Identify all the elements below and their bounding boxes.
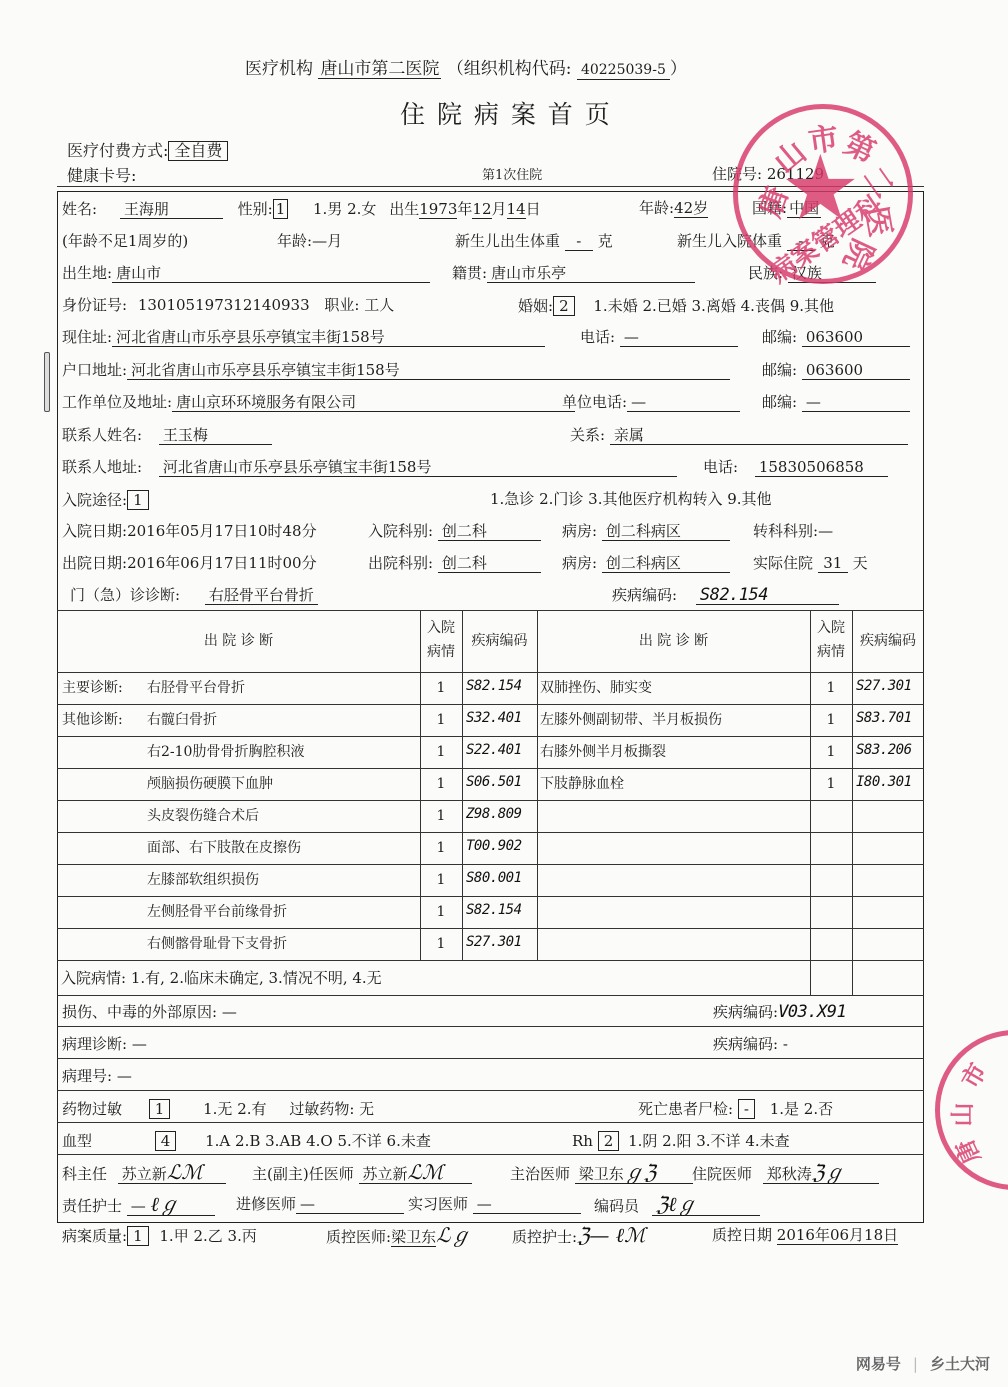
resident-value: 郑秋涛ℨℊ bbox=[763, 1163, 879, 1184]
table-rule bbox=[57, 832, 924, 833]
contact-address-field: 联系人地址: 河北省唐山市乐亭县乐亭镇宝丰街158号 bbox=[62, 458, 677, 477]
pathology-number: 病理号: — bbox=[62, 1067, 132, 1085]
qc-nurse-signature: ℨ— ℓℳ bbox=[577, 1223, 645, 1247]
nurse-field: 责任护士 — ℓℊ bbox=[62, 1195, 215, 1216]
ward-label: 病房: bbox=[562, 522, 597, 540]
dx-name: 右2-10肋骨骨折胸腔积液 bbox=[147, 743, 407, 761]
header-admit-condition: 入院病情 bbox=[810, 616, 852, 664]
pathology-code-value: - bbox=[783, 1035, 788, 1053]
address-label: 现住址: bbox=[62, 328, 112, 346]
stamp-char: 市 bbox=[951, 1055, 993, 1093]
watermark: 网易号|乡土大河 bbox=[856, 1353, 990, 1374]
admit-ward-value: 创二科病区 bbox=[602, 522, 730, 541]
transfer-field: 转科科别:— bbox=[753, 522, 833, 540]
work-zip-field: 邮编: — bbox=[762, 393, 910, 412]
admit-condition: 1 bbox=[420, 775, 462, 793]
admit-dept-value: 创二科 bbox=[438, 522, 541, 541]
coder-label: 编码员 bbox=[594, 1197, 639, 1215]
quality-field: 病案质量:1 1.甲 2.乙 3.丙 bbox=[62, 1226, 257, 1246]
dx-name: 右侧髂骨耻骨下支骨折 bbox=[147, 935, 407, 953]
director-label: 科主任 bbox=[62, 1165, 107, 1183]
work-value: 唐山京环环境服务有限公司 bbox=[172, 393, 575, 412]
blood-options: 1.A 2.B 3.AB 4.O 5.不详 6.未查 bbox=[205, 1132, 431, 1150]
phone-value: — bbox=[620, 328, 738, 347]
allergy-options: 1.无 2.有 bbox=[203, 1100, 266, 1118]
dx-name: 右髋臼骨折 bbox=[147, 711, 387, 729]
discharge-dept-value: 创二科 bbox=[438, 554, 541, 573]
stay-label: 实际住院 bbox=[753, 554, 813, 572]
dx-code: Z98.809 bbox=[466, 805, 535, 823]
native-value: 唐山市乐亭 bbox=[487, 264, 695, 283]
admit-condition: 1 bbox=[420, 711, 462, 729]
phone-field: 电话: — bbox=[580, 328, 738, 347]
header-discharge-dx: 出 院 诊 断 bbox=[57, 632, 420, 650]
phone-label: 电话: bbox=[580, 328, 615, 346]
dx-code: S82.154 bbox=[466, 677, 535, 695]
birthplace-field: 出生地:唐山市 bbox=[62, 264, 430, 283]
birth-day: 14 bbox=[507, 200, 526, 219]
dx-name: 头皮裂伤缝合术后 bbox=[147, 807, 407, 825]
blood-label: 血型 bbox=[62, 1132, 92, 1150]
qc-doctor-field: 质控医师:梁卫东ℒℊ bbox=[326, 1226, 470, 1247]
id-field: 身份证号: 130105197312140933 职业: 工人 bbox=[62, 296, 394, 314]
chief-name: 苏立新 bbox=[363, 1165, 408, 1183]
qc-doctor-label: 质控医师: bbox=[326, 1228, 391, 1246]
admit-condition: 1 bbox=[420, 807, 462, 825]
stay-unit: 天 bbox=[853, 554, 868, 572]
ward-label: 病房: bbox=[562, 554, 597, 572]
dx-name: 左膝部软组织损伤 bbox=[147, 871, 407, 889]
hukou-label: 户口地址: bbox=[62, 361, 127, 379]
pathology-dx: 病理诊断: — bbox=[62, 1035, 147, 1053]
autopsy-label: 死亡患者尸检: bbox=[638, 1100, 733, 1118]
allergy-drug-value: 无 bbox=[359, 1100, 374, 1118]
relation-label: 关系: bbox=[570, 426, 605, 444]
table-rule bbox=[57, 610, 924, 611]
external-code-label: 疾病编码: bbox=[713, 1003, 778, 1021]
infant-age-value: —月 bbox=[312, 232, 342, 250]
rh-value: 2 bbox=[598, 1131, 620, 1151]
sex-options: 1.男 2.女 bbox=[313, 200, 376, 218]
outpatient-dx-value: 右胫骨平台骨折 bbox=[205, 586, 318, 605]
work-phone-value: — bbox=[627, 393, 740, 412]
resident-signature: ℨℊ bbox=[812, 1160, 844, 1184]
quality-value: 1 bbox=[127, 1226, 149, 1246]
autopsy-options: 1.是 2.否 bbox=[770, 1100, 833, 1118]
hukou-zip-value: 063600 bbox=[802, 361, 910, 380]
author-name: 乡土大河 bbox=[930, 1355, 990, 1373]
work-zip-value: — bbox=[802, 393, 910, 412]
sex-value: 1 bbox=[273, 199, 289, 219]
director-name: 苏立新 bbox=[122, 1165, 167, 1183]
hukou-value: 河北省唐山市乐亭县乐亭镇宝丰街158号 bbox=[127, 361, 730, 380]
work-label: 工作单位及地址: bbox=[62, 393, 172, 411]
allergy-label: 药物过敏 bbox=[62, 1100, 122, 1118]
qc-nurse-label: 质控护士: bbox=[512, 1228, 577, 1246]
age-field: 年龄:42岁 bbox=[639, 199, 708, 218]
autopsy-value: - bbox=[738, 1099, 755, 1119]
name-label: 姓名: bbox=[62, 200, 97, 218]
dx-name: 左膝外侧副韧带、半月板损伤 bbox=[540, 711, 807, 729]
attending-label: 主治医师 bbox=[510, 1165, 570, 1183]
contact-name-field: 联系人姓名: 王玉梅 bbox=[62, 426, 272, 445]
separator: | bbox=[913, 1355, 918, 1373]
admit-condition: 1 bbox=[810, 679, 852, 697]
org-code-close: ） bbox=[670, 59, 687, 79]
age-value: 42岁 bbox=[674, 199, 708, 218]
contact-label: 联系人姓名: bbox=[62, 426, 142, 444]
outpatient-dx-code-field: 疾病编码: S82.154 bbox=[612, 586, 839, 605]
marriage-options: 1.未婚 2.已婚 3.离婚 4.丧偶 9.其他 bbox=[593, 297, 834, 315]
intern-label: 实习医师 bbox=[408, 1195, 468, 1213]
chief-value: 苏立新ℒℳ bbox=[359, 1163, 472, 1184]
allergy-drug-label: 过敏药物: bbox=[289, 1100, 354, 1118]
table-rule bbox=[57, 736, 924, 737]
relation-value: 亲属 bbox=[610, 426, 908, 445]
work-field: 工作单位及地址:唐山京环环境服务有限公司 bbox=[62, 393, 575, 412]
nurse-name: — bbox=[131, 1197, 146, 1215]
newborn-birth-weight-value: - bbox=[565, 232, 593, 251]
header-code: 疾病编码 bbox=[852, 632, 924, 650]
dx-code: S06.501 bbox=[466, 773, 535, 791]
quality-options: 1.甲 2.乙 3.丙 bbox=[159, 1227, 256, 1245]
hukou-zip-field: 邮编: 063600 bbox=[762, 361, 910, 380]
qc-nurse-field: 质控护士:ℨ— ℓℳ bbox=[512, 1226, 645, 1246]
discharge-date-value: 2016年06月17日11时00分 bbox=[127, 554, 317, 572]
native-label: 籍贯: bbox=[452, 264, 487, 282]
external-code-value: V03.X91 bbox=[778, 1002, 846, 1022]
id-number: 130105197312140933 bbox=[138, 296, 310, 314]
age-label: 年龄: bbox=[639, 199, 674, 217]
route-value: 1 bbox=[127, 490, 149, 510]
header-admit-condition: 入院病情 bbox=[420, 616, 462, 664]
discharge-ward-field: 病房: 创二科病区 bbox=[562, 554, 730, 573]
discharge-ward-value: 创二科病区 bbox=[602, 554, 730, 573]
discharge-date-label: 出院日期: bbox=[62, 554, 127, 572]
admit-dept-label: 入院科别: bbox=[368, 522, 433, 540]
zip-field: 邮编: 063600 bbox=[762, 328, 910, 347]
row-divider bbox=[57, 1058, 924, 1059]
discharge-dept-label: 出院科别: bbox=[368, 554, 433, 572]
dx-name: 双肺挫伤、肺实变 bbox=[540, 679, 807, 697]
admit-condition: 1 bbox=[810, 711, 852, 729]
contact-name: 王玉梅 bbox=[159, 426, 272, 445]
dx-code: S22.401 bbox=[466, 741, 535, 759]
outpatient-dx-code: S82.154 bbox=[696, 586, 839, 605]
marriage-label: 婚姻: bbox=[518, 297, 553, 315]
table-rule bbox=[57, 704, 924, 705]
pen-mark bbox=[44, 352, 50, 412]
dx-code: I80.301 bbox=[856, 773, 922, 791]
pathology-code-label: 疾病编码: bbox=[713, 1035, 778, 1053]
table-rule bbox=[57, 960, 924, 961]
external-code-field: 疾病编码:V03.X91 bbox=[713, 1003, 846, 1021]
hospital-stamp-partial: 山 市 唐 bbox=[935, 1030, 1008, 1190]
org-name: 唐山市第二医院 bbox=[318, 60, 441, 79]
qc-date-field: 质控日期 2016年06月18日 bbox=[712, 1226, 898, 1245]
director-field: 科主任 苏立新ℒℳ bbox=[62, 1163, 226, 1184]
zip-label: 邮编: bbox=[762, 361, 797, 379]
org-label: 医疗机构 bbox=[245, 59, 313, 79]
native-place-field: 籍贯:唐山市乐亭 bbox=[452, 264, 695, 283]
admit-condition: 1 bbox=[420, 903, 462, 921]
admit-date-value: 2016年05月17日10时48分 bbox=[127, 522, 317, 540]
birthplace-label: 出生地: bbox=[62, 264, 112, 282]
admission-count: 第1次住院 bbox=[482, 167, 542, 185]
admission-route: 入院途径:1 bbox=[62, 490, 149, 510]
infant-age: 年龄:—月 bbox=[277, 232, 342, 250]
coder-value: ℨℓℊ bbox=[652, 1195, 760, 1216]
institution-line: 医疗机构 唐山市第二医院 （组织机构代码: 40225039-5） bbox=[245, 60, 687, 80]
table-rule bbox=[810, 610, 811, 995]
address-field: 现住址:河北省唐山市乐亭县乐亭镇宝丰街158号 bbox=[62, 328, 545, 347]
table-rule bbox=[462, 610, 463, 960]
autopsy-field: 死亡患者尸检: - 1.是 2.否 bbox=[638, 1099, 833, 1119]
table-rule bbox=[537, 610, 538, 960]
work-phone-label: 单位电话: bbox=[562, 393, 627, 411]
nurse-label: 责任护士 bbox=[62, 1197, 122, 1215]
health-card-label: 健康卡号: bbox=[67, 167, 136, 185]
brand-name: 网易号 bbox=[856, 1355, 901, 1373]
header-discharge-dx: 出 院 诊 断 bbox=[537, 632, 810, 650]
admit-ward-field: 病房: 创二科病区 bbox=[562, 522, 730, 541]
coder-field: 编码员 ℨℓℊ bbox=[594, 1195, 760, 1216]
pathology-code-field: 疾病编码: - bbox=[713, 1035, 788, 1053]
birth-label: 出生 bbox=[389, 200, 419, 218]
chief-field: 主(副主)任医师 苏立新ℒℳ bbox=[252, 1163, 472, 1184]
dx-prefix: 主要诊断: bbox=[62, 679, 142, 697]
nurse-value: — ℓℊ bbox=[127, 1195, 215, 1216]
birth-year: 1973 bbox=[419, 200, 457, 219]
row-divider bbox=[57, 1154, 924, 1155]
dx-name: 左侧胫骨平台前缘骨折 bbox=[147, 903, 407, 921]
rh-options: 1.阴 2.阳 3.不详 4.未查 bbox=[628, 1132, 790, 1150]
rh-label: Rh bbox=[572, 1132, 593, 1150]
discharge-dept-field: 出院科别: 创二科 bbox=[368, 554, 541, 573]
admit-condition: 1 bbox=[420, 743, 462, 761]
sex-label: 性别: bbox=[238, 200, 273, 218]
dx-code: S27.301 bbox=[856, 677, 922, 695]
blood-field: 血型 4 1.A 2.B 3.AB 4.O 5.不详 6.未查 bbox=[62, 1131, 431, 1151]
outpatient-dx-field: 门（急）诊诊断: 右胫骨平台骨折 bbox=[70, 586, 318, 605]
row-name: 姓名: 王海朋 性别:1 1.男 2.女 出生1973年12月14日 bbox=[62, 199, 541, 219]
occupation-value: 工人 bbox=[364, 296, 394, 314]
table-rule bbox=[57, 995, 924, 996]
stay-field: 实际住院 31 天 bbox=[753, 554, 868, 573]
marriage-field: 婚姻:2 1.未婚 2.已婚 3.离婚 4.丧偶 9.其他 bbox=[518, 296, 834, 316]
payment-value: 全自费 bbox=[168, 141, 228, 161]
contact-phone-value: 15830506858 bbox=[755, 458, 888, 477]
hospital-stamp: 唐 山 市 第 二 医 院 ★ 病案管理科 bbox=[733, 104, 913, 284]
trainee-label: 进修医师 bbox=[236, 1195, 296, 1213]
attending-name: 梁卫东 bbox=[579, 1165, 624, 1183]
rh-field: Rh 2 1.阴 2.阳 3.不详 4.未查 bbox=[572, 1131, 790, 1151]
qc-date-label: 质控日期 bbox=[712, 1226, 772, 1244]
table-rule bbox=[57, 896, 924, 897]
intern-value: — bbox=[473, 1195, 581, 1214]
admit-condition: 1 bbox=[810, 775, 852, 793]
transfer-value: — bbox=[818, 522, 833, 540]
org-code-label: （组织机构代码: bbox=[447, 59, 572, 79]
admit-condition: 1 bbox=[810, 743, 852, 761]
admit-condition: 1 bbox=[420, 935, 462, 953]
zip-label: 邮编: bbox=[762, 328, 797, 346]
dx-code-label: 疾病编码: bbox=[612, 586, 677, 604]
row-divider bbox=[57, 1090, 924, 1091]
occupation-label: 职业: bbox=[324, 296, 359, 314]
attending-value: 梁卫东ℊℨ bbox=[575, 1163, 693, 1184]
contact-address-value: 河北省唐山市乐亭县乐亭镇宝丰街158号 bbox=[159, 458, 677, 477]
marriage-value: 2 bbox=[553, 296, 575, 316]
transfer-label: 转科科别: bbox=[753, 522, 818, 540]
outpatient-dx-label: 门（急）诊诊断: bbox=[70, 586, 180, 604]
director-signature: ℒℳ bbox=[167, 1160, 203, 1184]
row-divider bbox=[57, 1026, 924, 1027]
stamp-char: 山 bbox=[943, 1103, 978, 1127]
dx-name: 面部、右下肢散在皮擦伤 bbox=[147, 839, 407, 857]
allergy-field: 药物过敏 1 1.无 2.有 过敏药物: 无 bbox=[62, 1099, 374, 1119]
stay-days: 31 bbox=[818, 554, 848, 573]
dx-code: S27.301 bbox=[466, 933, 535, 951]
blood-value: 4 bbox=[155, 1131, 177, 1151]
quality-label: 病案质量: bbox=[62, 1227, 127, 1245]
attending-field: 主治医师 梁卫东ℊℨ bbox=[510, 1163, 693, 1184]
intern-field: 实习医师 — bbox=[408, 1195, 581, 1214]
nurse-signature: ℓℊ bbox=[151, 1192, 179, 1216]
coder-signature: ℨℓℊ bbox=[656, 1192, 697, 1216]
qc-doctor-signature: ℒℊ bbox=[436, 1223, 470, 1247]
external-cause: 损伤、中毒的外部原因: — bbox=[62, 1003, 237, 1021]
dx-code: S80.001 bbox=[466, 869, 535, 887]
payment-label: 医疗付费方式: bbox=[67, 141, 168, 160]
resident-label: 住院医师 bbox=[692, 1165, 752, 1183]
attending-signature: ℊℨ bbox=[624, 1160, 656, 1184]
dx-prefix: 其他诊断: bbox=[62, 711, 142, 729]
dx-code: S82.154 bbox=[466, 901, 535, 919]
zip-label: 邮编: bbox=[762, 393, 797, 411]
contact-phone-label: 电话: bbox=[703, 458, 738, 476]
table-rule bbox=[57, 864, 924, 865]
trainee-field: 进修医师— bbox=[236, 1195, 404, 1214]
director-value: 苏立新ℒℳ bbox=[118, 1163, 226, 1184]
route-options: 1.急诊 2.门诊 3.其他医疗机构转入 9.其他 bbox=[490, 490, 772, 508]
chief-signature: ℒℳ bbox=[408, 1160, 444, 1184]
admit-date-label: 入院日期: bbox=[62, 522, 127, 540]
trainee-value: — bbox=[296, 1195, 404, 1214]
discharge-date-field: 出院日期:2016年06月17日11时00分 bbox=[62, 554, 317, 572]
admit-condition-legend: 入院病情: 1.有, 2.临床未确定, 3.情况不明, 4.无 bbox=[61, 969, 531, 987]
page-title: 住 院 病 案 首 页 bbox=[400, 95, 612, 131]
dx-code: S83.206 bbox=[856, 741, 922, 759]
dx-name: 下肢静脉血栓 bbox=[540, 775, 807, 793]
contact-address-label: 联系人地址: bbox=[62, 458, 142, 476]
payment-method: 医疗付费方式:全自费 bbox=[67, 141, 228, 161]
admit-condition: 1 bbox=[420, 839, 462, 857]
relation-field: 关系: 亲属 bbox=[570, 426, 908, 445]
patient-name: 王海朋 bbox=[120, 200, 223, 219]
stamp-char: 唐 bbox=[945, 1134, 987, 1171]
infant-age-label: 年龄: bbox=[277, 232, 312, 250]
qc-doctor-value: 梁卫东 bbox=[391, 1228, 436, 1247]
table-rule bbox=[57, 800, 924, 801]
newborn-birth-weight: 新生儿出生体重 - 克 bbox=[455, 232, 613, 251]
birth-month: 12 bbox=[472, 200, 491, 219]
dx-code: T00.902 bbox=[466, 837, 535, 855]
resident-name: 郑秋涛 bbox=[767, 1165, 812, 1183]
birthplace-value: 唐山市 bbox=[112, 264, 430, 283]
org-code: 40225039-5 bbox=[577, 61, 670, 80]
newborn-birth-weight-label: 新生儿出生体重 bbox=[455, 232, 560, 250]
zip-value: 063600 bbox=[802, 328, 910, 347]
dx-name: 右膝外侧半月板撕裂 bbox=[540, 743, 807, 761]
header-code: 疾病编码 bbox=[462, 632, 537, 650]
qc-date-value: 2016年06月18日 bbox=[777, 1226, 898, 1245]
id-label: 身份证号: bbox=[62, 296, 127, 314]
dx-code: S32.401 bbox=[466, 709, 535, 727]
table-rule bbox=[57, 928, 924, 929]
admit-dept-field: 入院科别: 创二科 bbox=[368, 522, 541, 541]
gram-unit: 克 bbox=[598, 232, 613, 250]
dx-code: S83.701 bbox=[856, 709, 922, 727]
admit-condition: 1 bbox=[420, 679, 462, 697]
infant-label: (年龄不足1周岁的) bbox=[62, 232, 188, 250]
chief-label: 主(副主)任医师 bbox=[252, 1165, 354, 1183]
table-rule bbox=[57, 672, 924, 673]
work-phone-field: 单位电话:— bbox=[562, 393, 740, 412]
admit-date-field: 入院日期:2016年05月17日10时48分 bbox=[62, 522, 317, 540]
hukou-field: 户口地址:河北省唐山市乐亭县乐亭镇宝丰街158号 bbox=[62, 361, 730, 380]
row-divider bbox=[57, 1122, 924, 1123]
route-label: 入院途径: bbox=[62, 491, 127, 509]
resident-field: 住院医师 郑秋涛ℨℊ bbox=[692, 1163, 879, 1184]
allergy-value: 1 bbox=[149, 1099, 171, 1119]
admit-condition: 1 bbox=[420, 871, 462, 889]
dx-name: 右胫骨平台骨折 bbox=[147, 679, 387, 697]
table-rule bbox=[57, 768, 924, 769]
contact-phone-field: 电话: 15830506858 bbox=[703, 458, 888, 477]
dx-name: 颅脑损伤硬膜下血肿 bbox=[147, 775, 407, 793]
table-rule bbox=[852, 610, 853, 995]
address-value: 河北省唐山市乐亭县乐亭镇宝丰街158号 bbox=[112, 328, 545, 347]
